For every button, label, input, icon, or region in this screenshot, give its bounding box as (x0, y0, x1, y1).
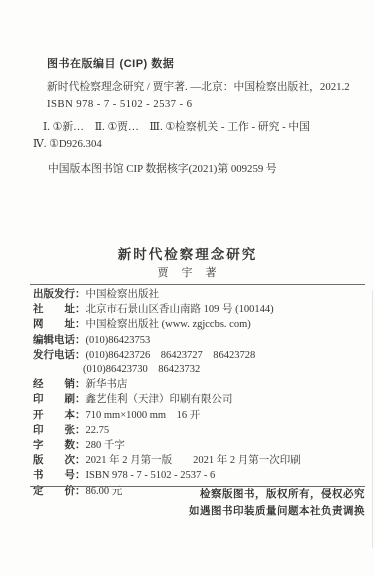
cip-line: 中国版本图书馆 CIP 数据核字(2021)第 009259 号 (33, 163, 363, 176)
field-value: (010)86423726 86423727 86423728 (86, 350, 256, 361)
field-label: 书 号： (33, 468, 86, 482)
field-value: (010)86423730 86423732 (83, 364, 200, 375)
publisher-row: (010)86423730 86423732 (33, 363, 365, 377)
notice-line: 如遇图书印装质量问题本社负责调换 (30, 505, 365, 517)
publisher-row: 字 数：280 千字 (33, 438, 365, 453)
divider-top (30, 284, 365, 285)
field-value: (010)86423753 (86, 335, 151, 346)
publisher-info: 出版发行：中国检察出版社社 址：北京市石景山区香山南路 109 号 (10014… (33, 287, 365, 499)
field-label: 编辑电话： (33, 333, 86, 347)
divider-bottom (30, 486, 365, 487)
cip-line: ISBN 978 - 7 - 5102 - 2537 - 6 (33, 98, 363, 111)
title-block: 新时代检察理念研究 贾 宇 著 (0, 248, 375, 280)
publisher-row: 开 本：710 mm×1000 mm 16 开 (33, 408, 365, 423)
field-label: 开 本： (33, 408, 86, 422)
publisher-row: 印 张：22.75 (33, 423, 365, 438)
field-value: 710 mm×1000 mm 16 开 (86, 410, 201, 421)
cip-section: 图书在版编目 (CIP) 数据 新时代检察理念研究 / 贾宇著. —北京：中国检… (33, 58, 363, 176)
cip-line: 新时代检察理念研究 / 贾宇著. —北京：中国检察出版社，2021.2 (33, 81, 363, 94)
field-label: 网 址： (33, 317, 86, 331)
field-label: 字 数： (33, 438, 86, 452)
publisher-row: 书 号：ISBN 978 - 7 - 5102 - 2537 - 6 (33, 468, 365, 483)
publisher-row: 网 址：中国检察出版社 (www. zgjccbs. com) (33, 317, 365, 332)
field-value: 中国检察出版社 (86, 289, 160, 300)
cip-line: Ⅰ. ①新… Ⅱ. ①贾… Ⅲ. ①检察机关 - 工作 - 研究 - 中国 (33, 121, 363, 134)
field-value: 280 千字 (86, 440, 125, 451)
publisher-row: 发行电话：(010)86423726 86423727 86423728 (33, 348, 365, 363)
book-author: 贾 宇 著 (0, 267, 375, 280)
field-value: 中国检察出版社 (www. zgjccbs. com) (86, 319, 251, 330)
field-label: 出版发行： (33, 287, 86, 301)
field-value: 新华书店 (86, 379, 128, 390)
scan-edge-artifact (372, 290, 373, 548)
copyright-notices: 检察版图书，版权所有，侵权必究如遇图书印装质量问题本社负责调换 (30, 488, 365, 517)
field-label: 社 址： (33, 302, 86, 316)
field-value: 鑫艺佳利（天津）印刷有限公司 (86, 394, 233, 405)
publisher-row: 社 址：北京市石景山区香山南路 109 号 (100144) (33, 302, 365, 317)
field-value: 2021 年 2 月第一版 2021 年 2 月第一次印刷 (86, 455, 301, 466)
notice-line: 检察版图书，版权所有，侵权必究 (30, 488, 365, 500)
field-value: 北京市石景山区香山南路 109 号 (100144) (86, 304, 274, 315)
field-label: 发行电话： (33, 348, 86, 362)
field-label: 版 次： (33, 453, 86, 467)
publisher-row: 出版发行：中国检察出版社 (33, 287, 365, 302)
publisher-row: 版 次：2021 年 2 月第一版 2021 年 2 月第一次印刷 (33, 453, 365, 468)
publisher-row: 编辑电话：(010)86423753 (33, 333, 365, 348)
cip-header: 图书在版编目 (CIP) 数据 (33, 58, 363, 71)
cip-line: Ⅳ. ①D926.304 (33, 138, 363, 151)
field-label: 经 销： (33, 377, 86, 391)
book-copyright-page: 图书在版编目 (CIP) 数据 新时代检察理念研究 / 贾宇著. —北京：中国检… (0, 0, 375, 576)
cip-lines: 新时代检察理念研究 / 贾宇著. —北京：中国检察出版社，2021.2ISBN … (33, 81, 363, 176)
publisher-row: 印 刷：鑫艺佳利（天津）印刷有限公司 (33, 392, 365, 407)
field-value: ISBN 978 - 7 - 5102 - 2537 - 6 (86, 470, 216, 481)
publisher-row: 经 销：新华书店 (33, 377, 365, 392)
field-label: 印 刷： (33, 392, 86, 406)
book-title: 新时代检察理念研究 (0, 248, 375, 262)
field-value: 22.75 (86, 425, 110, 436)
field-label: 印 张： (33, 423, 86, 437)
